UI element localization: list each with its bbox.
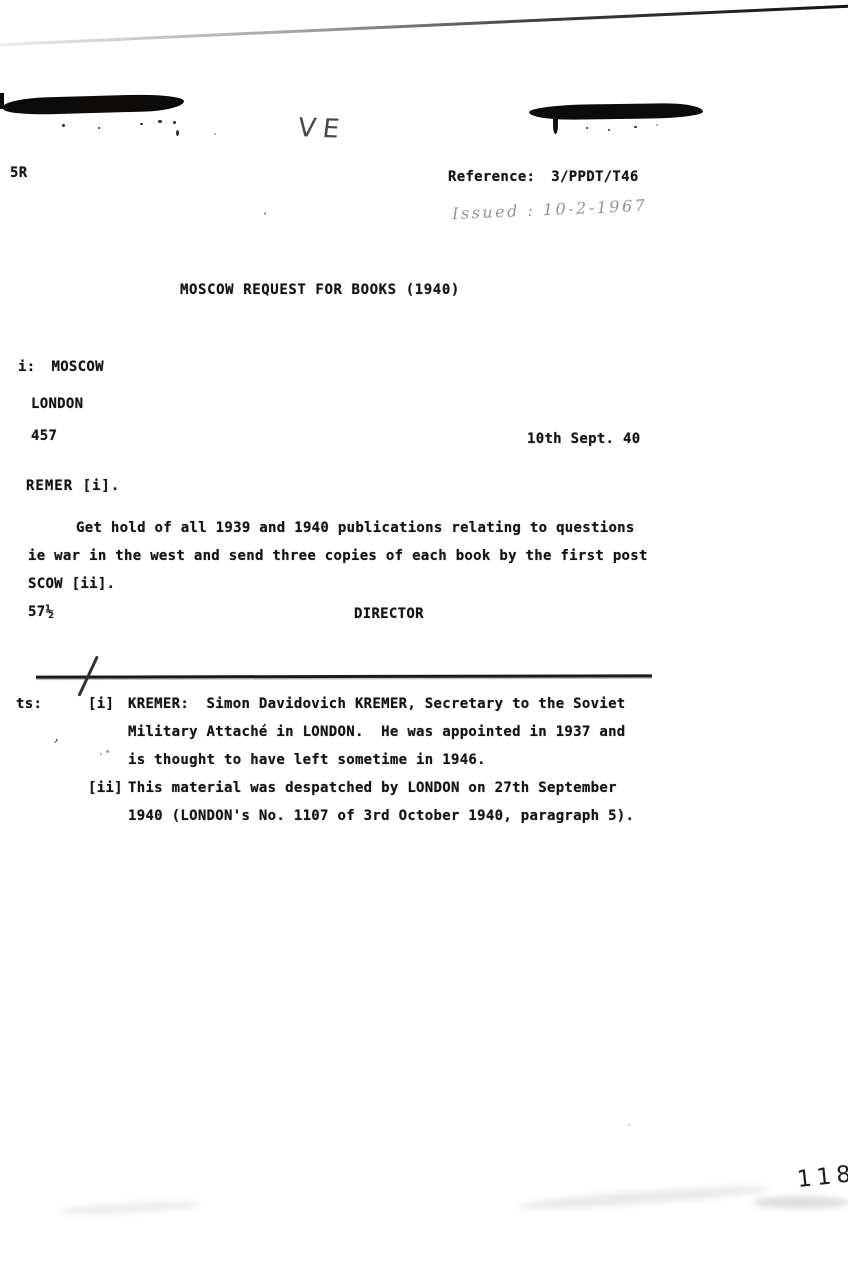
ink-speck (140, 123, 143, 125)
serial-number-fragment: 57½ (28, 605, 54, 620)
ink-speck (586, 127, 588, 129)
scan-smudge (753, 1196, 848, 1209)
message-number: 457 (31, 429, 57, 444)
handwritten-issued-date: Issued : 10-2-1967 (452, 196, 648, 224)
scan-smudge (58, 1199, 200, 1216)
body-line-2: ie war in the west and send three copies… (28, 549, 648, 564)
to-city: LONDON (31, 397, 83, 412)
ink-speck (634, 126, 637, 128)
footnote-1-line-2: Military Attaché in LONDON. He was appoi… (128, 725, 626, 740)
addressee-line: REMER [i]. (26, 479, 120, 494)
from-label-fragment: i: (18, 359, 35, 375)
footnote-2-marker: [ii] (88, 781, 123, 796)
ink-speck (106, 750, 109, 753)
from-line: i:MOSCOW (18, 360, 104, 375)
page-top-edge-scan-line (0, 5, 848, 46)
redaction-ink-drip (553, 116, 558, 134)
ink-speck (214, 133, 216, 135)
ink-speck (264, 212, 266, 215)
ink-speck (62, 124, 65, 127)
reference-label: Reference: (448, 169, 535, 185)
from-city: MOSCOW (51, 359, 103, 375)
body-line-3: SCOW [ii]. (28, 577, 115, 592)
handwritten-page-number: 118 (796, 1161, 848, 1193)
reference-number: 3/PPDT/T46 (551, 169, 638, 185)
footnote-1-line-1: KREMER: Simon Davidovich KREMER, Secreta… (128, 697, 626, 712)
footnote-2-line-2: 1940 (LONDON's No. 1107 of 3rd October 1… (128, 809, 634, 824)
reference-line: Reference:3/PPDT/T46 (448, 170, 639, 185)
document-title: MOSCOW REQUEST FOR BOOKS (1940) (180, 283, 460, 298)
footnote-1-line-3: is thought to have left sometime in 1946… (128, 753, 486, 768)
left-margin-code: 5R (10, 166, 27, 181)
ink-speck (158, 120, 162, 123)
message-date: 10th Sept. 40 (527, 432, 640, 447)
redaction-bar-left (3, 93, 184, 115)
footnotes-label-fragment: ts: (16, 697, 42, 712)
ink-speck (176, 130, 179, 136)
footnote-divider-rule (36, 674, 652, 678)
ink-speck (656, 124, 658, 126)
scanned-document-page: VE 5R Reference:3/PPDT/T46 Issued : 10-2… (0, 0, 848, 1279)
stray-comma-artifact: , (54, 726, 59, 745)
handwritten-class-mark: VE (296, 113, 348, 145)
signature-director: DIRECTOR (354, 607, 424, 622)
footnote-2-line-1: This material was despatched by LONDON o… (128, 781, 617, 796)
ink-speck (173, 121, 176, 124)
ink-speck (100, 753, 102, 755)
ink-speck (628, 1124, 630, 1126)
footnote-1-marker: [i] (88, 697, 114, 712)
scan-smudge (518, 1182, 770, 1213)
ink-speck (608, 129, 610, 131)
body-line-1: Get hold of all 1939 and 1940 publicatio… (76, 521, 635, 536)
ink-speck (98, 127, 100, 129)
